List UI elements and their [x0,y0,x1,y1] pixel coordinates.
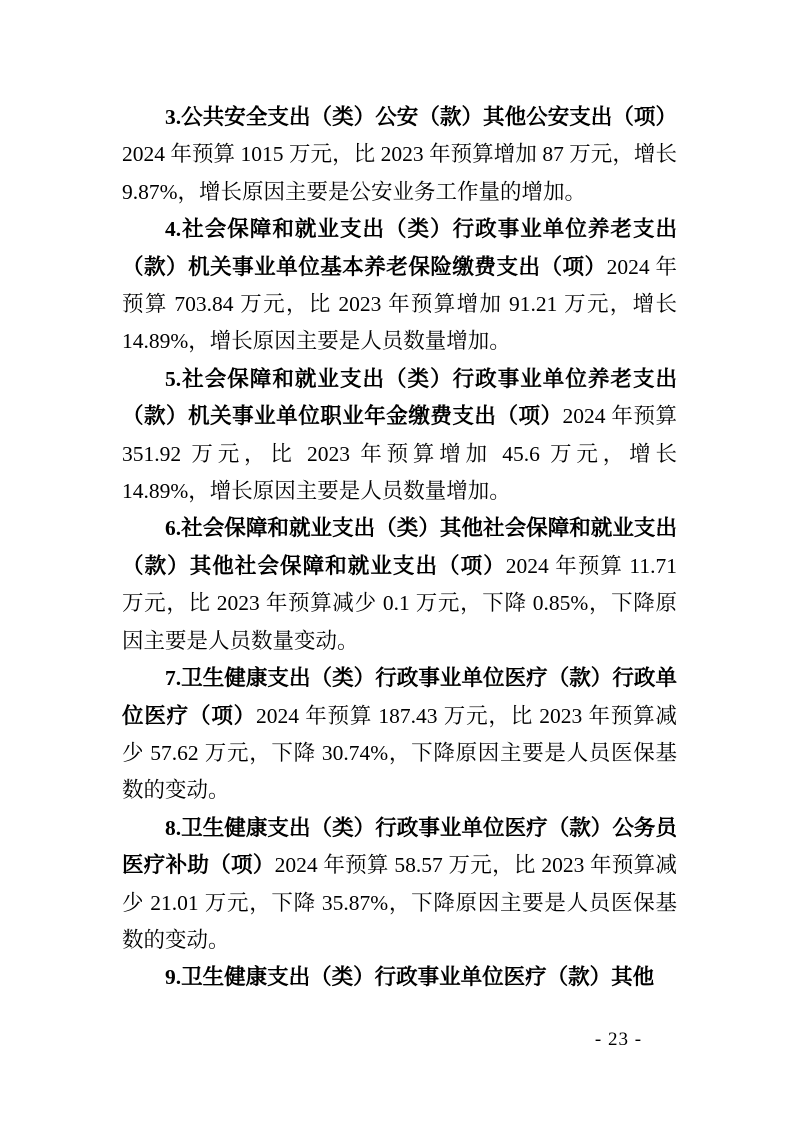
budget-item-4-heading: 4.社会保障和就业支出（类）行政事业单位养老支出（款）机关事业单位基本养老保险缴… [122,217,677,278]
budget-item-paragraph-6: 6.社会保障和就业支出（类）其他社会保障和就业支出（款）其他社会保障和就业支出（… [122,510,677,660]
document-page: 3.公共安全支出（类）公安（款）其他公安支出（项）2024 年预算 1015 万… [0,0,793,1122]
budget-item-paragraph-9: 9.卫生健康支出（类）行政事业单位医疗（款）其他 [122,959,677,996]
document-body: 3.公共安全支出（类）公安（款）其他公安支出（项）2024 年预算 1015 万… [122,99,677,997]
page-number: - 23 - [560,1029,677,1051]
budget-item-3-body: 2024 年预算 1015 万元，比 2023 年预算增加 87 万元，增长 9… [122,142,677,203]
budget-item-9-heading: 9.卫生健康支出（类）行政事业单位医疗（款）其他 [165,965,654,989]
budget-item-3-heading: 3.公共安全支出（类）公安（款）其他公安支出（项） [165,105,677,129]
budget-item-paragraph-4: 4.社会保障和就业支出（类）行政事业单位养老支出（款）机关事业单位基本养老保险缴… [122,211,677,361]
budget-item-paragraph-5: 5.社会保障和就业支出（类）行政事业单位养老支出（款）机关事业单位职业年金缴费支… [122,361,677,511]
budget-item-paragraph-7: 7.卫生健康支出（类）行政事业单位医疗（款）行政单位医疗（项）2024 年预算 … [122,660,677,810]
budget-item-paragraph-3: 3.公共安全支出（类）公安（款）其他公安支出（项）2024 年预算 1015 万… [122,99,677,211]
budget-item-paragraph-8: 8.卫生健康支出（类）行政事业单位医疗（款）公务员医疗补助（项）2024 年预算… [122,810,677,960]
